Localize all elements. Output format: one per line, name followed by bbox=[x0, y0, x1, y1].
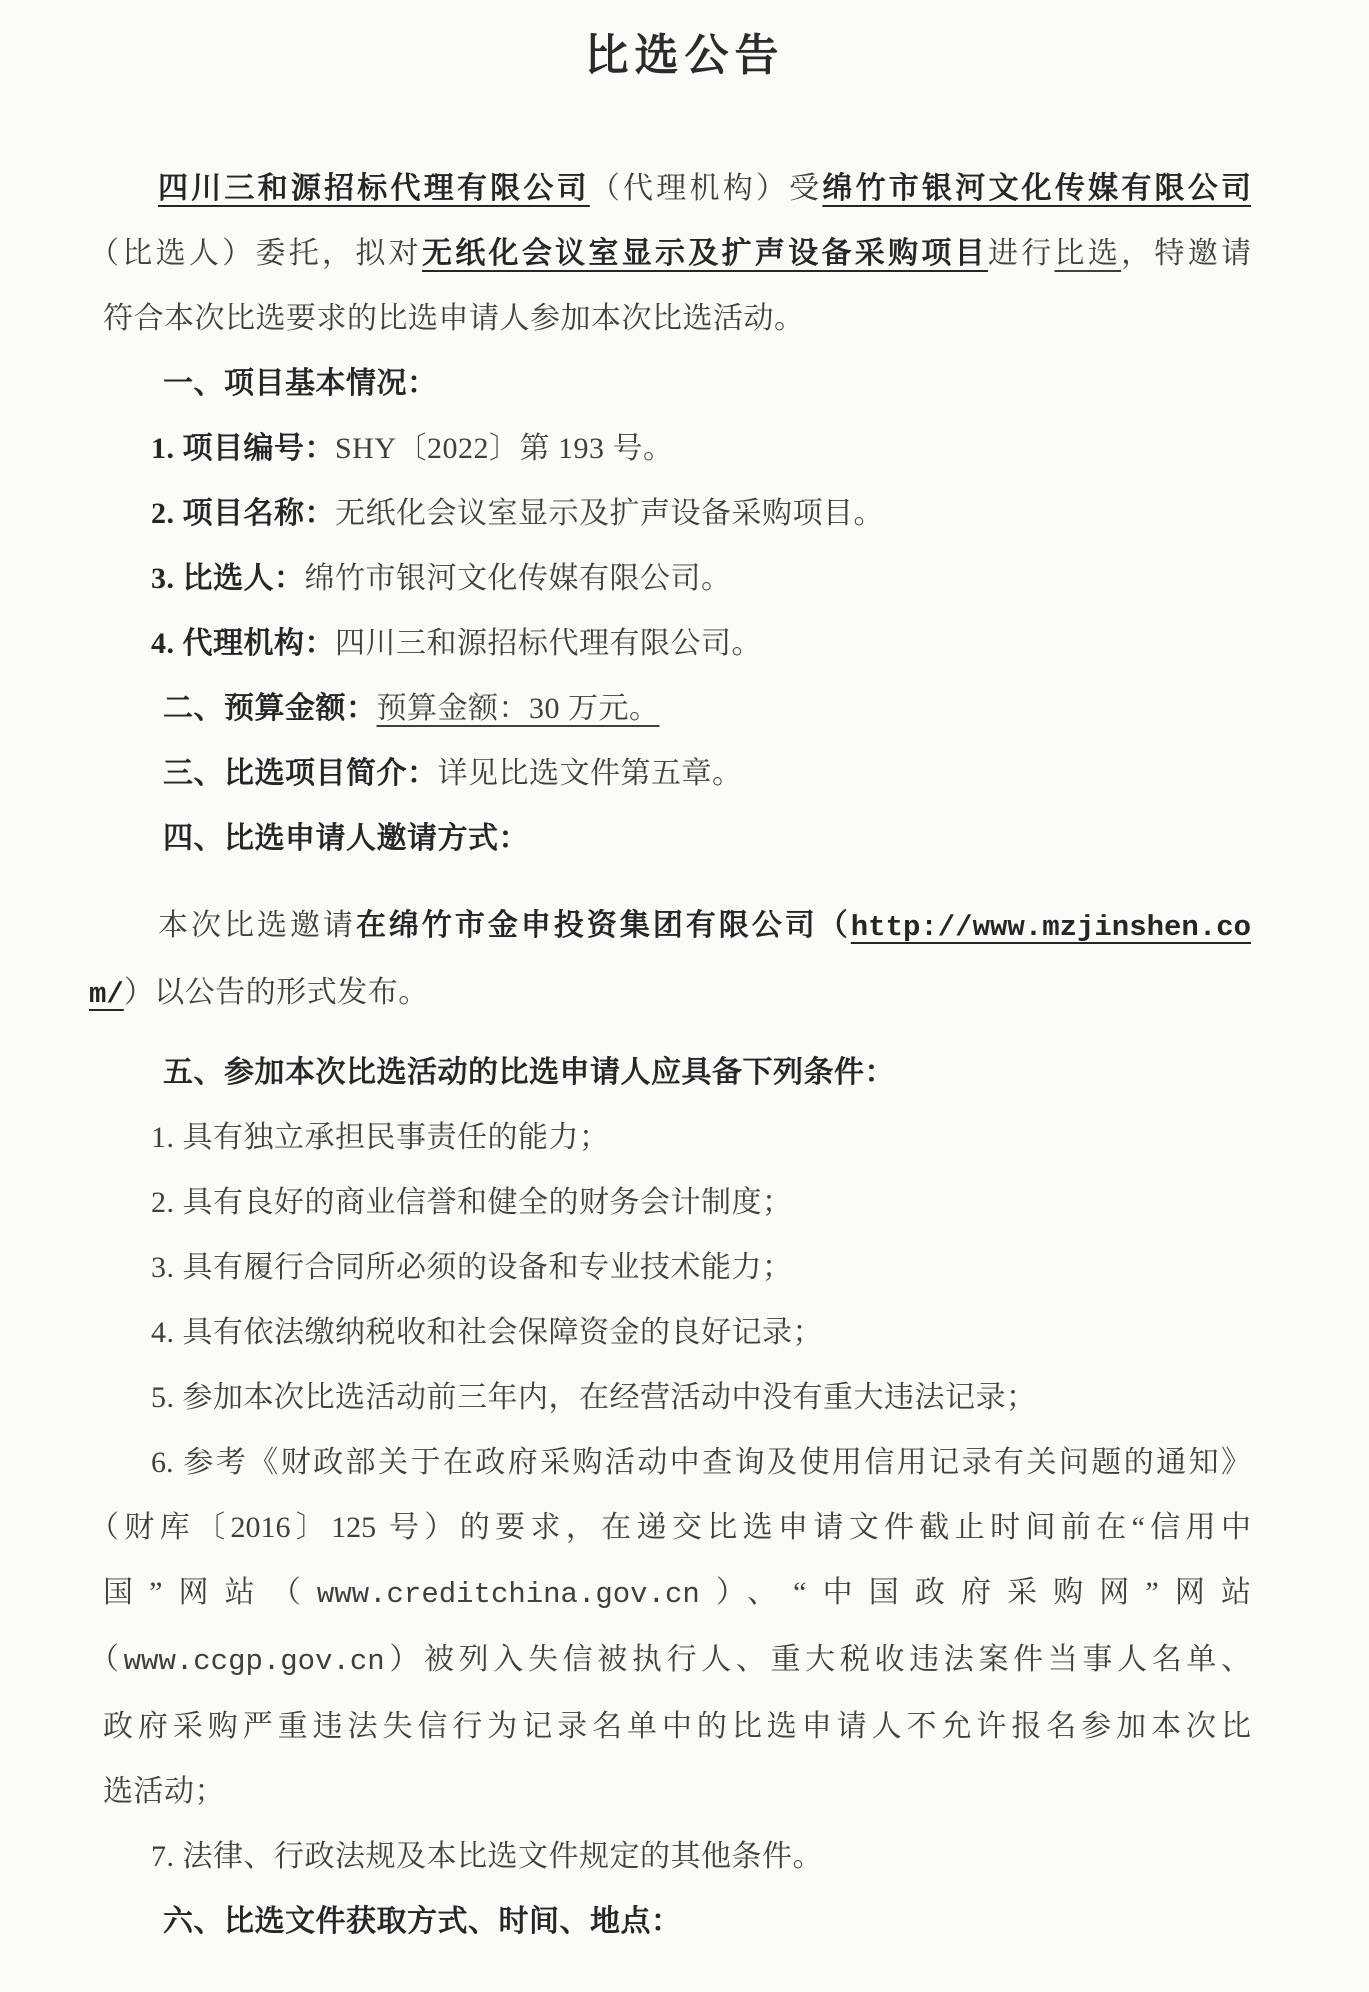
text-segment: 一、项目基本情况： bbox=[163, 367, 438, 400]
text-line: 1. 具有独立承担民事责任的能力； bbox=[103, 1105, 1251, 1170]
text-line: （www.ccgp.gov.cn）被列入失信被执行人、重大税收违法案件当事人名单… bbox=[103, 1627, 1251, 1694]
text-line: 5. 参加本次比选活动前三年内，在经营活动中没有重大违法记录； bbox=[103, 1365, 1251, 1430]
text-line: 2. 项目名称：无纸化会议室显示及扩声设备采购项目。 bbox=[103, 481, 1251, 546]
text-line: （比选人）委托，拟对无纸化会议室显示及扩声设备采购项目进行比选，特邀请 bbox=[103, 221, 1251, 286]
text-line: 4. 具有依法缴纳税收和社会保障资金的良好记录； bbox=[103, 1300, 1251, 1365]
text-segment: 无纸化会议室显示及扩声设备采购项目。 bbox=[335, 497, 884, 530]
text-segment: 2. 项目名称： bbox=[151, 497, 335, 530]
text-line: 一、项目基本情况： bbox=[103, 351, 1251, 416]
text-segment: 绵竹市银河文化传媒有限公司。 bbox=[305, 562, 732, 595]
text-line: 政府采购严重违法失信行为记录名单中的比选申请人不允许报名参加本次比 bbox=[103, 1694, 1251, 1759]
text-segment: 政府采购严重违法失信行为记录名单中的比选申请人不允许报名参加本次比 bbox=[103, 1710, 1251, 1743]
text-segment: （代理机构）受 bbox=[590, 172, 823, 205]
text-segment: ）、“中国政府采购网”网站 bbox=[700, 1576, 1251, 1609]
text-segment: ）以公告的形式发布。 bbox=[124, 976, 429, 1009]
text-line: （财库〔2016〕125 号）的要求，在递交比选申请文件截止时间前在“信用中 bbox=[103, 1495, 1251, 1560]
text-segment: 绵竹市银河文化传媒有限公司 bbox=[822, 172, 1251, 205]
text-segment: 四川三和源招标代理有限公司。 bbox=[335, 627, 762, 660]
text-segment: 三、比选项目简介： bbox=[163, 757, 438, 790]
text-segment: 在绵竹市金申投资集团有限公司 bbox=[356, 909, 818, 942]
text-segment: ）被列入失信被执行人、重大税收违法案件当事人名单、 bbox=[385, 1643, 1251, 1676]
text-segment: 1. 项目编号： bbox=[151, 432, 335, 465]
text-segment: 7. 法律、行政法规及本比选文件规定的其他条件。 bbox=[151, 1840, 823, 1873]
text-line: 六、比选文件获取方式、时间、地点： bbox=[103, 1889, 1251, 1954]
text-line: 6. 参考《财政部关于在政府采购活动中查询及使用信用记录有关问题的通知》 bbox=[103, 1430, 1251, 1495]
document-title: 比选公告 bbox=[0, 26, 1369, 86]
text-segment: 4. 具有依法缴纳税收和社会保障资金的良好记录； bbox=[151, 1316, 823, 1349]
text-line: 4. 代理机构：四川三和源招标代理有限公司。 bbox=[103, 611, 1251, 676]
text-segment: 国”网站（ bbox=[103, 1576, 317, 1609]
text-line: 四川三和源招标代理有限公司（代理机构）受绵竹市银河文化传媒有限公司 bbox=[103, 156, 1251, 221]
text-segment: 六、比选文件获取方式、时间、地点： bbox=[163, 1905, 682, 1938]
text-segment: （财库〔2016〕125 号）的要求，在递交比选申请文件截止时间前在“信用中 bbox=[89, 1511, 1251, 1544]
text-segment: 四、比选申请人邀请方式： bbox=[163, 822, 529, 855]
text-line: 7. 法律、行政法规及本比选文件规定的其他条件。 bbox=[103, 1824, 1251, 1889]
url-text: m/ bbox=[89, 978, 124, 1011]
text-line: 1. 项目编号：SHY〔2022〕第 193 号。 bbox=[103, 416, 1251, 481]
scanned-document-page: 比选公告 四川三和源招标代理有限公司（代理机构）受绵竹市银河文化传媒有限公司（比… bbox=[0, 0, 1369, 1992]
text-segment: ，特邀请 bbox=[1121, 237, 1251, 270]
text-line: 符合本次比选要求的比选申请人参加本次比选活动。 bbox=[103, 286, 1251, 351]
text-segment: 5. 参加本次比选活动前三年内，在经营活动中没有重大违法记录； bbox=[151, 1381, 1037, 1414]
text-segment: 符合本次比选要求的比选申请人参加本次比选活动。 bbox=[103, 302, 805, 335]
text-segment: （比选人）委托，拟对 bbox=[89, 237, 422, 270]
text-segment: 4. 代理机构： bbox=[151, 627, 335, 660]
text-line: m/）以公告的形式发布。 bbox=[103, 960, 1251, 1027]
text-segment: 四川三和源招标代理有限公司 bbox=[158, 172, 590, 205]
text-segment: 五、参加本次比选活动的比选申请人应具备下列条件： bbox=[163, 1056, 895, 1089]
text-segment: 详见比选文件第五章。 bbox=[438, 757, 743, 790]
text-line: 本次比选邀请在绵竹市金申投资集团有限公司（http://www.mzjinshe… bbox=[103, 893, 1251, 960]
text-segment: 3. 具有履行合同所必须的设备和专业技术能力； bbox=[151, 1251, 793, 1284]
text-segment: 3. 比选人： bbox=[151, 562, 305, 595]
text-line: 二、预算金额：预算金额：30 万元。 bbox=[103, 676, 1251, 741]
text-segment: （ bbox=[818, 909, 851, 942]
text-segment: 比选 bbox=[1055, 237, 1122, 270]
text-line: 3. 比选人：绵竹市银河文化传媒有限公司。 bbox=[103, 546, 1251, 611]
text-segment: （ bbox=[89, 1643, 124, 1676]
text-segment: 2. 具有良好的商业信誉和健全的财务会计制度； bbox=[151, 1186, 793, 1219]
text-segment: 6. 参考《财政部关于在政府采购活动中查询及使用信用记录有关问题的通知》 bbox=[151, 1446, 1251, 1479]
url-text: www.ccgp.gov.cn bbox=[124, 1645, 385, 1678]
document-body: 四川三和源招标代理有限公司（代理机构）受绵竹市银河文化传媒有限公司（比选人）委托… bbox=[0, 156, 1369, 1954]
text-segment: 进行 bbox=[988, 237, 1055, 270]
text-line: 选活动； bbox=[103, 1759, 1251, 1824]
url-text: http://www.mzjinshen.co bbox=[851, 911, 1251, 944]
text-segment: 二、预算金额： bbox=[163, 692, 377, 725]
text-line: 国”网站（www.creditchina.gov.cn）、“中国政府采购网”网站 bbox=[103, 1560, 1251, 1627]
text-line: 2. 具有良好的商业信誉和健全的财务会计制度； bbox=[103, 1170, 1251, 1235]
text-segment: SHY〔2022〕第 193 号。 bbox=[335, 432, 674, 465]
url-text: www.creditchina.gov.cn bbox=[317, 1578, 700, 1611]
text-line: 四、比选申请人邀请方式： bbox=[103, 806, 1251, 871]
text-segment: 无纸化会议室显示及扩声设备采购项目 bbox=[422, 237, 988, 270]
text-line: 五、参加本次比选活动的比选申请人应具备下列条件： bbox=[103, 1040, 1251, 1105]
text-segment: 选活动； bbox=[103, 1775, 225, 1808]
text-line: 三、比选项目简介：详见比选文件第五章。 bbox=[103, 741, 1251, 806]
text-segment: 本次比选邀请 bbox=[158, 909, 356, 942]
text-line: 3. 具有履行合同所必须的设备和专业技术能力； bbox=[103, 1235, 1251, 1300]
text-segment: 预算金额：30 万元。 bbox=[377, 692, 660, 725]
text-segment: 1. 具有独立承担民事责任的能力； bbox=[151, 1121, 610, 1154]
